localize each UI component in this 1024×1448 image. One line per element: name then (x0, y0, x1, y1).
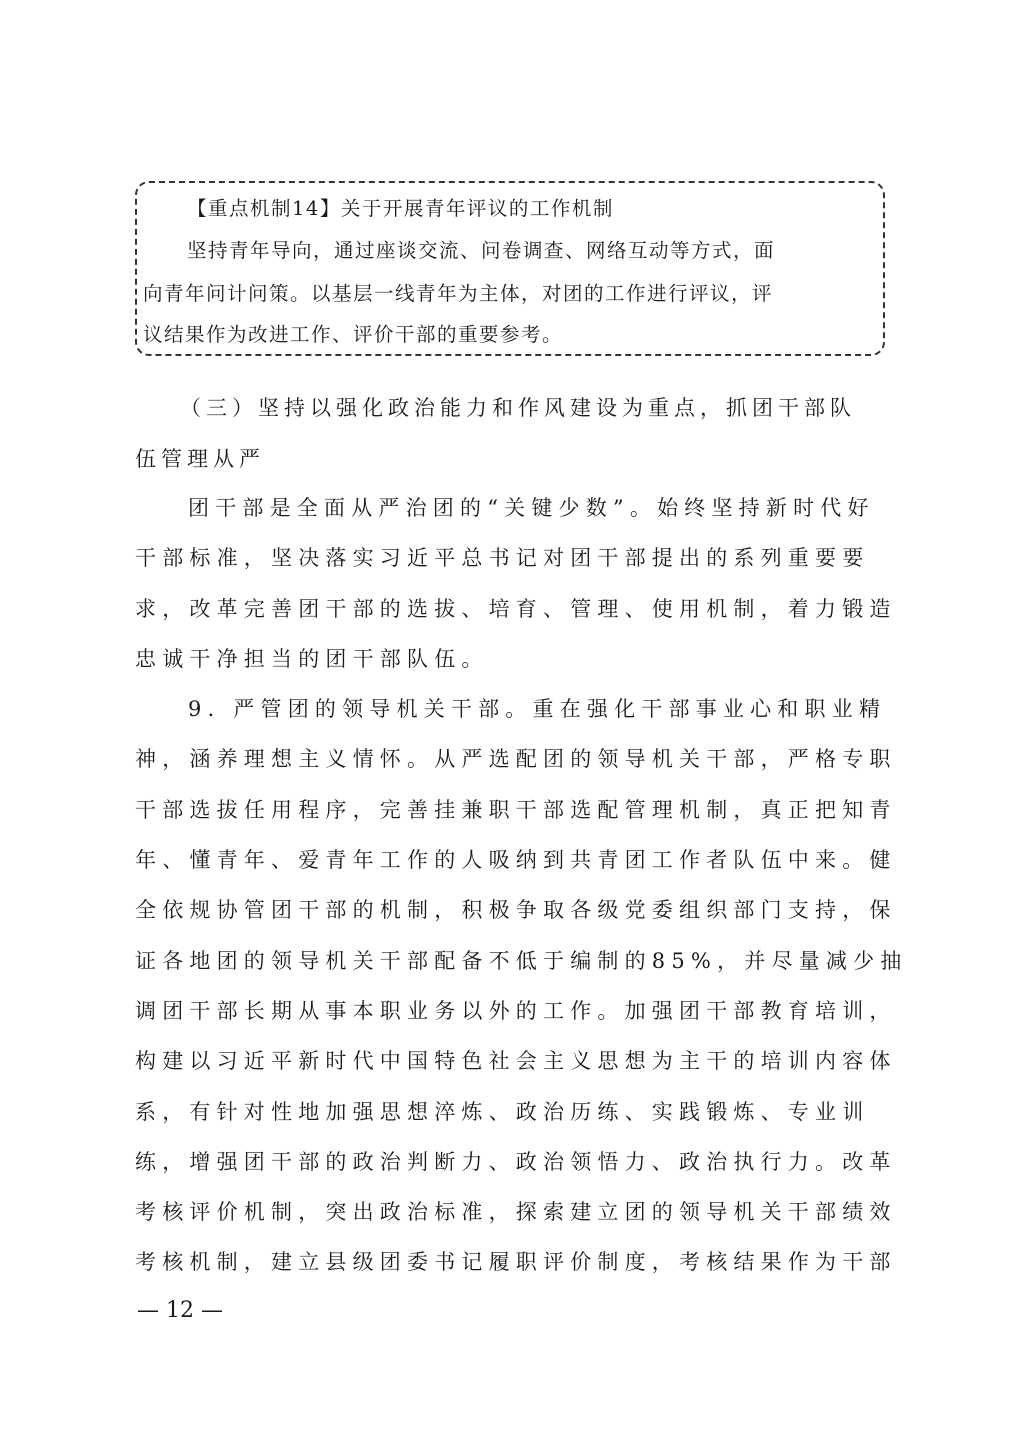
section-heading: （三）坚持以强化政治能力和作风建设为重点，抓团干部队 (180, 392, 856, 422)
paragraph-line: 9. 严管团的领导机关干部。重在强化干部事业心和职业精 (188, 693, 886, 723)
paragraph-line: 全依规协管团干部的机制，积极争取各级党委组织部门支持，保 (135, 894, 897, 924)
paragraph-line: 考核评价机制，突出政治标准，探索建立团的领导机关干部绩效 (135, 1196, 897, 1226)
section-heading: 伍管理从严 (135, 443, 265, 473)
paragraph-line: 求，改革完善团干部的选拔、培育、管理、使用机制，着力锻造 (135, 593, 897, 623)
paragraph-line: 神，涵养理想主义情怀。从严选配团的领导机关干部，严格专职 (135, 743, 897, 773)
key-mechanism-box: 【重点机制14】关于开展青年评议的工作机制 坚持青年导向，通过座谈交流、问卷调查… (135, 181, 885, 356)
paragraph-line: 证各地团的领导机关干部配备不低于编制的85%，并尽量减少抽 (135, 945, 907, 975)
paragraph-line: 忠诚干净担当的团干部队伍。 (135, 643, 489, 673)
box-title: 【重点机制14】关于开展青年评议的工作机制 (187, 193, 614, 221)
page-number: — 12 — (137, 1298, 223, 1323)
box-line: 向青年问计问策。以基层一线青年为主体，对团的工作进行评议，评 (143, 278, 773, 306)
paragraph-line: 调团干部长期从事本职业务以外的工作。加强团干部教育培训， (135, 995, 897, 1025)
paragraph-line: 团干部是全面从严治团的“关键少数”。始终坚持新时代好 (188, 492, 875, 522)
paragraph-line: 干部选拔任用程序，完善挂兼职干部选配管理机制，真正把知青 (135, 794, 897, 824)
paragraph-line: 构建以习近平新时代中国特色社会主义思想为主干的培训内容体 (135, 1045, 897, 1075)
paragraph-line: 练，增强团干部的政治判断力、政治领悟力、政治执行力。改革 (135, 1146, 897, 1176)
paragraph-line: 系，有针对性地加强思想淬炼、政治历练、实践锻炼、专业训 (135, 1096, 869, 1126)
paragraph-line: 考核机制，建立县级团委书记履职评价制度，考核结果作为干部 (135, 1246, 897, 1276)
box-line: 坚持青年导向，通过座谈交流、问卷调查、网络互动等方式，面 (187, 235, 775, 263)
paragraph-line: 干部标准，坚决落实习近平总书记对团干部提出的系列重要要 (135, 542, 869, 572)
paragraph-line: 年、懂青年、爱青年工作的人吸纳到共青团工作者队伍中来。健 (135, 844, 897, 874)
box-line: 议结果作为改进工作、评价干部的重要参考。 (143, 319, 563, 347)
